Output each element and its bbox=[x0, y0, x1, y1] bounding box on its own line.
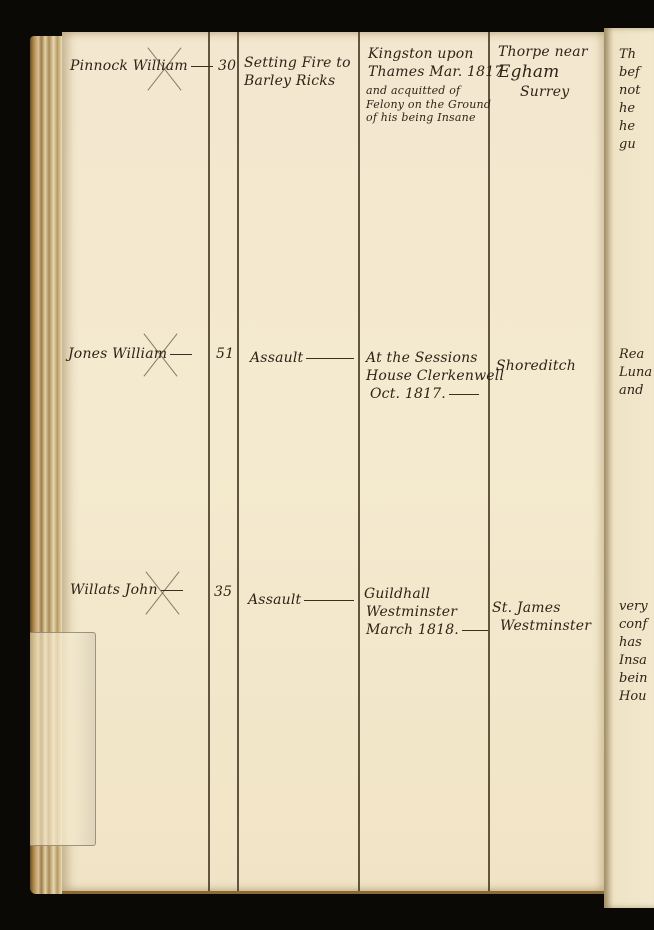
column-rule-name-age bbox=[208, 32, 210, 891]
entry-3-trial-line-1: Guildhall bbox=[364, 586, 430, 603]
entry-1-residence-line-1: Thorpe near bbox=[498, 44, 588, 61]
entry-1-residence-line-2: Egham bbox=[498, 64, 560, 81]
entry-2-margin-notes: Rea Luna and bbox=[619, 346, 654, 400]
entry-3-trial-line-3: March 1818. bbox=[366, 622, 488, 639]
entry-2-trial-line-2: House Clerkenwell bbox=[366, 368, 504, 385]
entry-1-trial-line-3: and acquitted of bbox=[366, 84, 460, 98]
entry-2-crime: Assault bbox=[250, 350, 354, 367]
column-rule-age-crime bbox=[237, 32, 239, 891]
entry-1-margin-notes: Th bef not he he gu bbox=[619, 46, 654, 154]
entry-3-name: Willats John bbox=[70, 582, 183, 599]
column-rule-crime-trial bbox=[358, 32, 360, 891]
entry-3-age: 35 bbox=[214, 584, 232, 601]
register-page bbox=[62, 32, 604, 894]
entry-1-trial-line-5: of his being Insane bbox=[366, 111, 476, 125]
entry-3-trial-line-2: Westminster bbox=[366, 604, 457, 621]
entry-2-age: 51 bbox=[216, 346, 234, 363]
entry-1-crime-line-1: Setting Fire to bbox=[244, 55, 351, 72]
entry-2-trial-line-1: At the Sessions bbox=[366, 350, 478, 367]
facing-page-edge bbox=[604, 28, 654, 908]
entry-3-residence-line-1: St. James bbox=[492, 600, 561, 617]
entry-1-age: 30 bbox=[218, 58, 236, 75]
entry-1-residence-line-3: Surrey bbox=[520, 84, 569, 101]
transparent-page-clip bbox=[30, 632, 96, 846]
scanned-ledger-image: Pinnock William 30 Setting Fire to Barle… bbox=[0, 0, 654, 930]
entry-1-trial-line-4: Felony on the Ground bbox=[366, 98, 491, 112]
entry-1-trial-line-2: Thames Mar. 1817 bbox=[368, 64, 503, 81]
column-rule-trial-residence bbox=[488, 32, 490, 891]
entry-3-margin-notes: very conf has Insa bein Hou bbox=[619, 598, 654, 706]
entry-2-name: Jones William bbox=[68, 346, 192, 363]
entry-3-crime: Assault bbox=[248, 592, 354, 609]
entry-1-trial-line-1: Kingston upon bbox=[368, 46, 474, 63]
entry-1-name: Pinnock William bbox=[70, 58, 213, 75]
entry-2-trial-line-3: Oct. 1817. bbox=[370, 386, 479, 403]
entry-2-residence: Shoreditch bbox=[496, 358, 576, 375]
entry-3-residence-line-2: Westminster bbox=[500, 618, 591, 635]
entry-1-crime-line-2: Barley Ricks bbox=[244, 73, 335, 90]
